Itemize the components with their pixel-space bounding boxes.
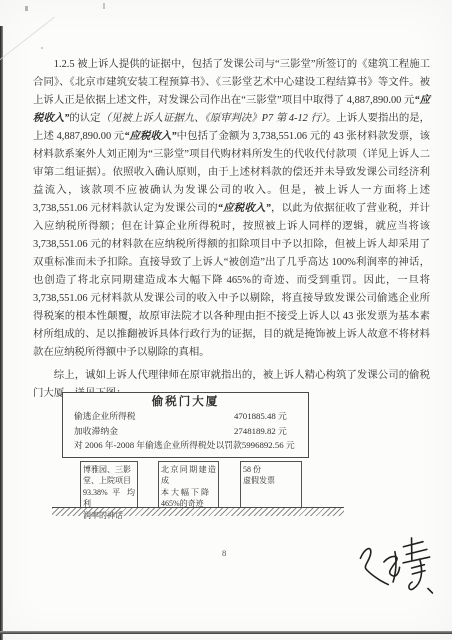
- diagram-row: 偷逃企业所得税 4701885.48 元: [63, 409, 308, 424]
- citation-reference: （见被上诉人证据九、《原审判决》P7 第 4-12 行）: [101, 113, 326, 124]
- paragraph-1-2-5: 1.2.5 被上诉人提供的证据中，包括了发课公司与“三影堂”所签订的《建筑工程施…: [33, 56, 430, 362]
- diagram-row: 对 2006 年-2008 年偷逃企业所得税处以罚款 5996892.56 元: [63, 438, 308, 453]
- paragraph-text: 1.2.5 被上诉人提供的证据中，包括了发课公司与“三影堂”所签订的《建筑工程施…: [33, 59, 430, 106]
- diagram-row: 加收滞纳金 2748189.82 元: [63, 424, 308, 439]
- diagram-title: 偷税门大厦: [63, 395, 308, 409]
- scanned-document-page: 1.2.5 被上诉人提供的证据中，包括了发课公司与“三影堂”所签订的《建筑工程施…: [0, 0, 452, 640]
- row-label: 偷逃企业所得税: [74, 409, 234, 424]
- row-label: 对 2006 年-2008 年偷逃企业所得税处以罚款: [74, 438, 242, 453]
- diagram-pillar: 博雅园、三影 堂、上院项目 93.38% 平 均 利 润率的神话: [80, 461, 138, 507]
- diagram-roof-box: 偷税门大厦 偷逃企业所得税 4701885.48 元 加收滞纳金 2748189…: [62, 392, 309, 458]
- scan-speck: [41, 47, 43, 49]
- scan-edge-left: [0, 26, 3, 640]
- emphasized-term: “应税收入”: [124, 131, 176, 142]
- row-value: 5996892.56 元: [242, 438, 300, 453]
- paragraph-text: 中包括了金额为 3,738,551.06 元的 43 张材料款发票，该材料款系案…: [33, 131, 430, 214]
- paragraph-text: ，以此为依据征收了营业税，并计入应纳税所得额；但在计算企业所得税时，按照被上诉人…: [33, 203, 430, 358]
- diagram-ground-hatch: [52, 507, 344, 516]
- row-value: 2748189.82 元: [234, 424, 300, 439]
- paragraph-text: 的认定: [69, 113, 100, 124]
- diagram-pillar: 北京同期建造成 本 大 幅 下 降 465%的奇迹: [158, 461, 219, 507]
- tax-evasion-building-diagram: 偷税门大厦 偷逃企业所得税 4701885.48 元 加收滞纳金 2748189…: [62, 392, 362, 522]
- emphasized-term: “应税收入”: [218, 203, 271, 214]
- scan-edge-bottom: [0, 631, 452, 634]
- row-label: 加收滞纳金: [74, 424, 234, 439]
- page-number: 8: [222, 548, 226, 558]
- scan-speck: [25, 6, 28, 11]
- body-text: 1.2.5 被上诉人提供的证据中，包括了发课公司与“三影堂”所签订的《建筑工程施…: [33, 56, 430, 403]
- diagram-pillar: 58 份 虚假发票: [240, 461, 302, 507]
- paper-crease: [0, 17, 55, 61]
- row-value: 4701885.48 元: [234, 409, 300, 424]
- handwritten-signature: [348, 531, 437, 613]
- scan-speck: [103, 3, 105, 9]
